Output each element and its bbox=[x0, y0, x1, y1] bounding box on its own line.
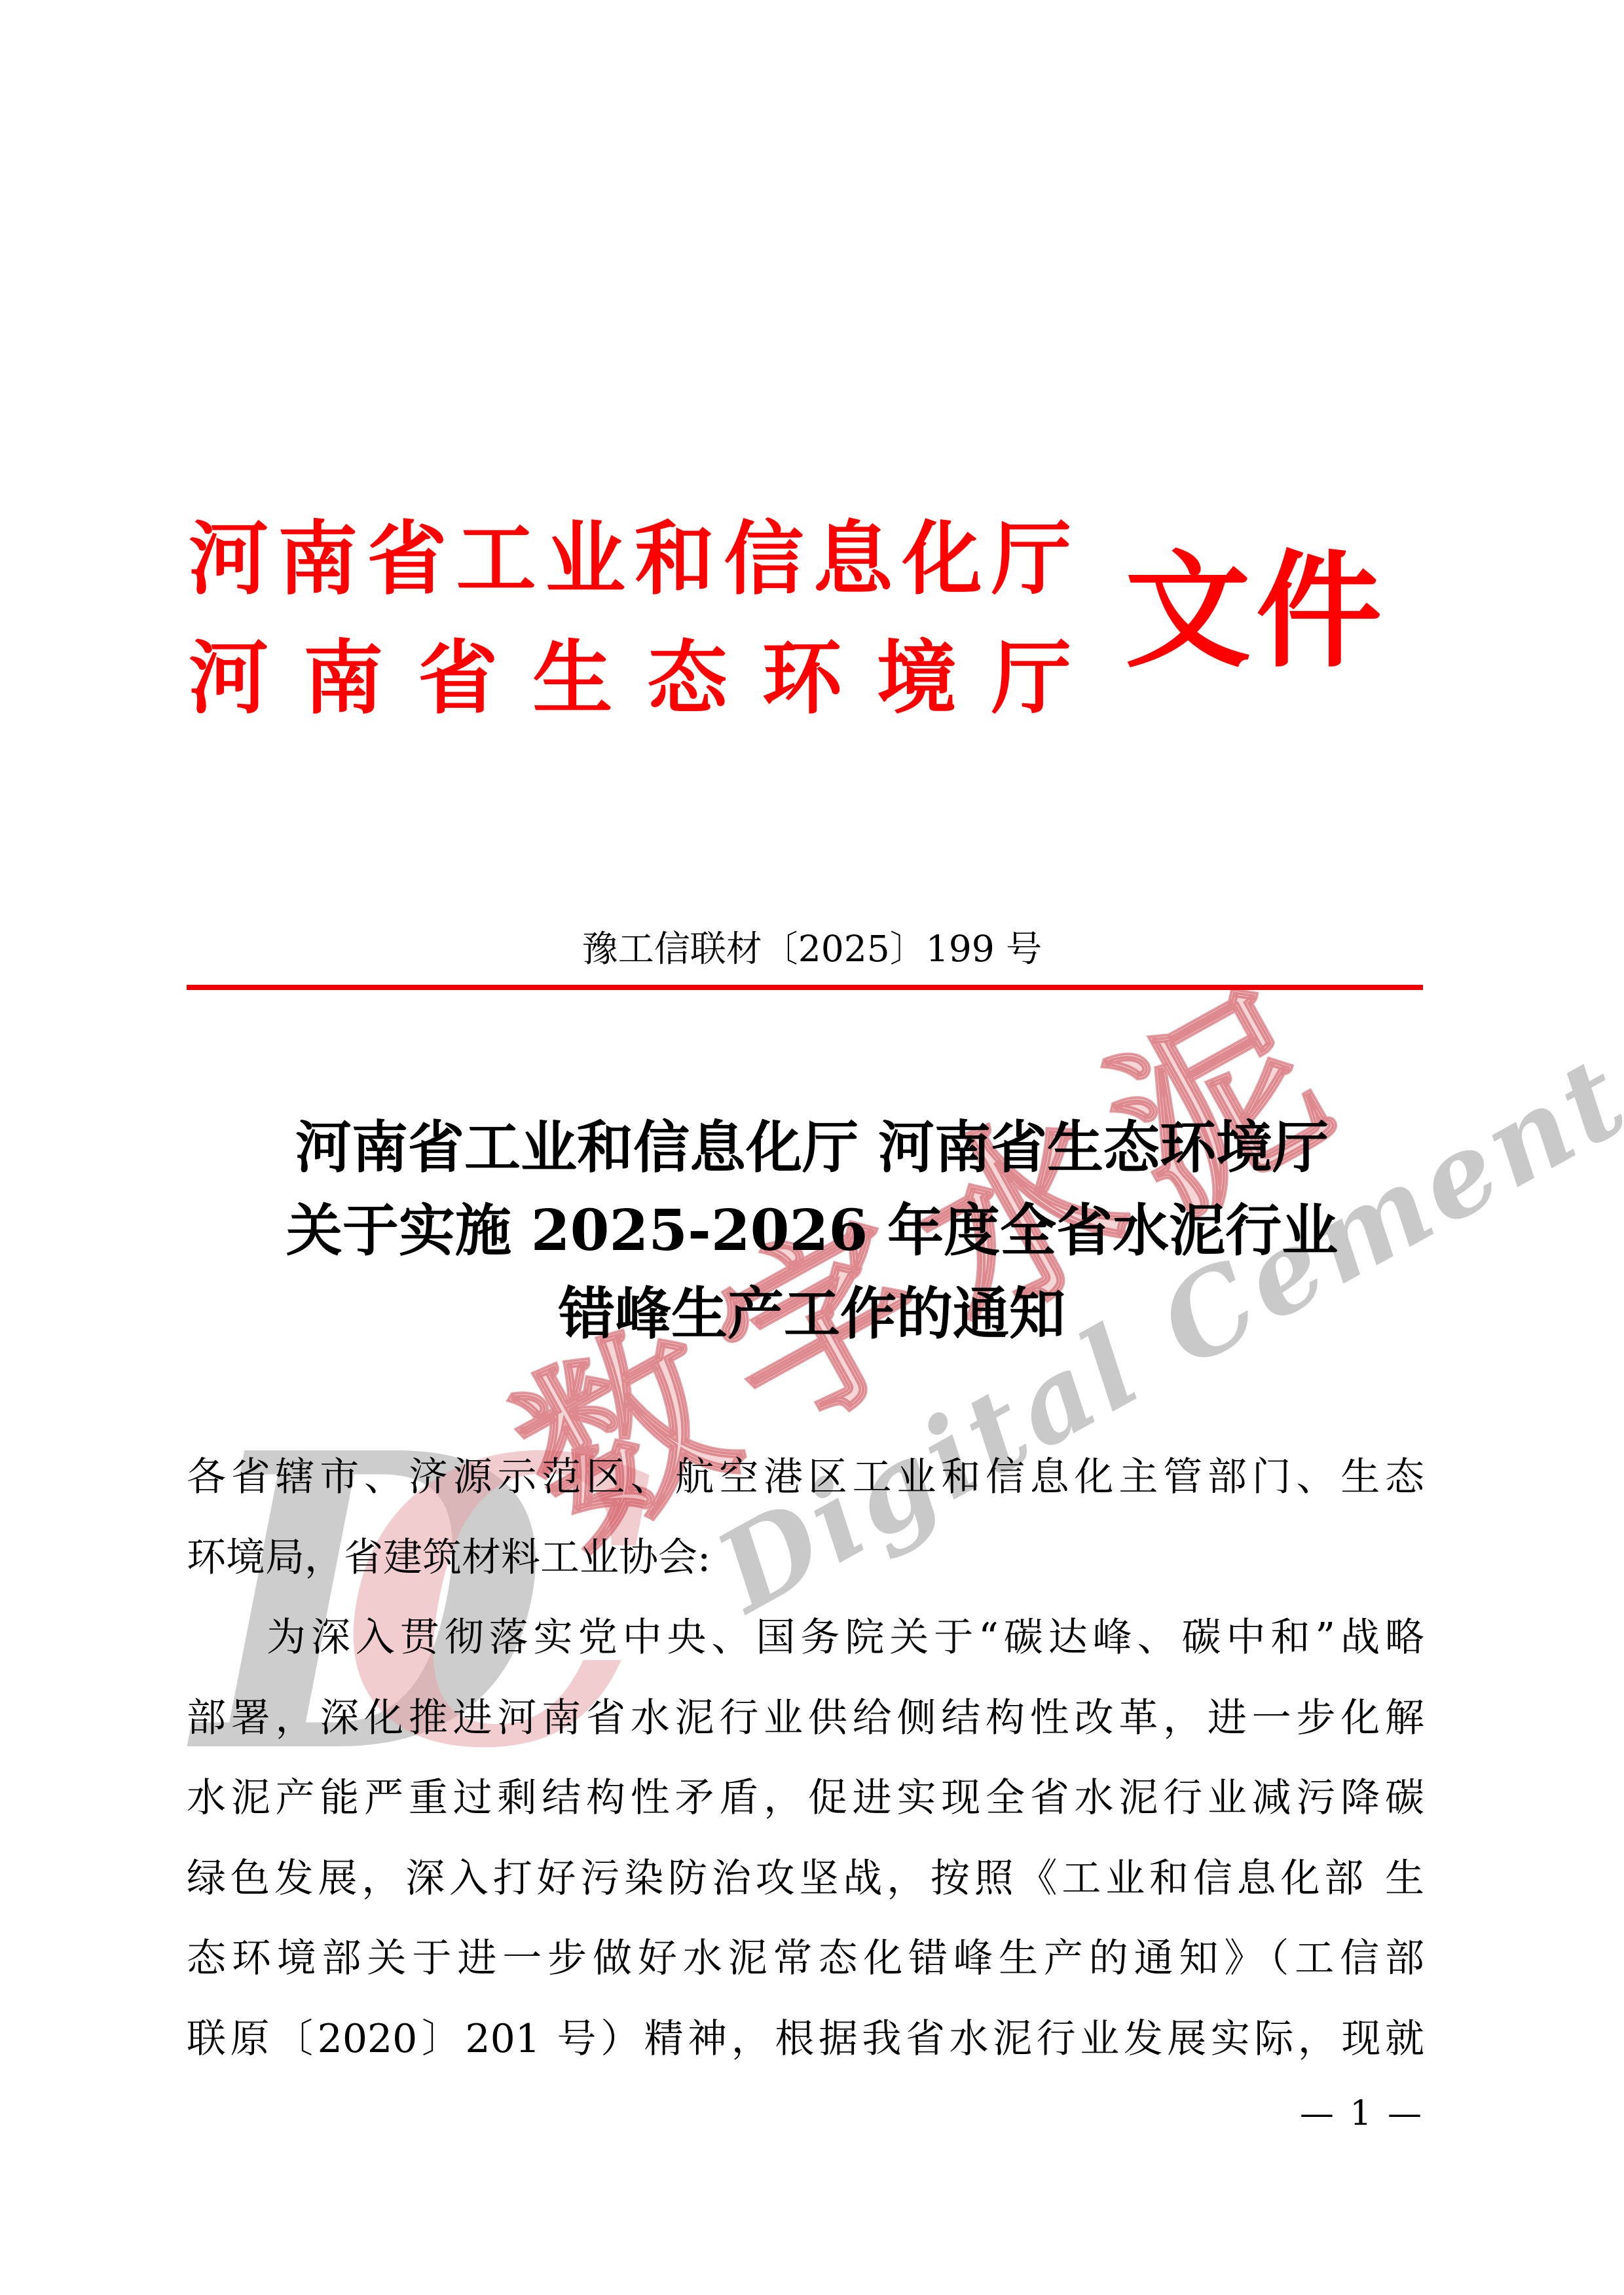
body-line-2: 环境局，省建筑材料工业协会: bbox=[187, 1518, 1424, 1598]
body-line-4: 部署，深化推进河南省水泥行业供给侧结构性改革，进一步化解 bbox=[187, 1678, 1424, 1759]
body-line-8: 联原〔2020〕201 号）精神，根据我省水泥行业发展实际，现就 bbox=[187, 1999, 1424, 2080]
body-text-block: 各省辖市、济源示范区、航空港区工业和信息化主管部门、生态 环境局，省建筑材料工业… bbox=[187, 1437, 1424, 2079]
title-line-3: 错峰生产工作的通知 bbox=[193, 1281, 1431, 1347]
body-line-5: 水泥产能严重过剩结构性矛盾，促进实现全省水泥行业减污降碳 bbox=[187, 1758, 1424, 1839]
body-line-1: 各省辖市、济源示范区、航空港区工业和信息化主管部门、生态 bbox=[187, 1437, 1424, 1518]
body-line-7: 态环境部关于进一步做好水泥常态化错峰生产的通知》（工信部 bbox=[187, 1919, 1424, 1999]
title-line-1: 河南省工业和信息化厅 河南省生态环境厅 bbox=[193, 1115, 1431, 1181]
header-doc-type-label: 文件 bbox=[1125, 549, 1387, 674]
body-line-6: 绿色发展，深入打好污染防治攻坚战，按照《工业和信息化部 生 bbox=[187, 1839, 1424, 1919]
red-divider-line bbox=[187, 985, 1423, 990]
doc-number: 豫工信联材〔2025〕199 号 bbox=[193, 927, 1431, 970]
title-line-2: 关于实施 2025-2026 年度全省水泥行业 bbox=[193, 1198, 1431, 1264]
header-org-line-1: 河南省工业和信息化厅 bbox=[189, 519, 1071, 598]
header-org-line-2: 河南省生态环境厅 bbox=[189, 638, 1071, 718]
body-line-3: 为深入贯彻落实党中央、国务院关于“碳达峰、碳中和”战略 bbox=[187, 1598, 1424, 1678]
document-content: 河南省工业和信息化厅 河南省生态环境厅 文件 豫工信联材〔2025〕199 号 … bbox=[0, 0, 1624, 2295]
document-page: D C 数字水泥 Digital Cement 河南省工业和信息化厅 河南省生态… bbox=[0, 0, 1624, 2295]
page-number: — 1 — bbox=[187, 2090, 1424, 2137]
